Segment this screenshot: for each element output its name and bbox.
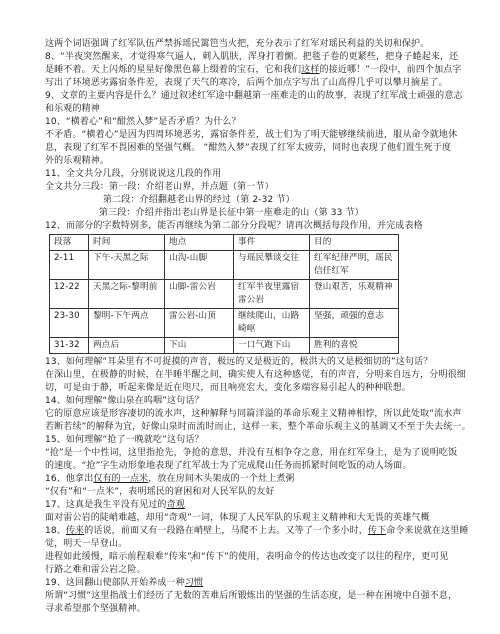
header-cell: 目的: [310, 235, 399, 251]
question-11: 11、全文共分几段，分别说说这几段的作用: [45, 168, 465, 181]
question-14: 14、如何理解“像山泉在呜咽”这句话？: [45, 395, 465, 408]
answer-14-cont: 若断若续”的解释为宜，好像山泉时而流时而止，这样一来，整个革命乐观主义的基调又不…: [45, 421, 465, 434]
header-cell: 事件: [234, 235, 310, 251]
table-cell: 山沟-山脚: [165, 251, 234, 280]
page-number: 7: [190, 556, 194, 564]
question-18-cont: 觉，明天一早登山。: [45, 538, 465, 551]
underlined-phrase: 传来: [66, 526, 84, 536]
underlined-phrase: 这样: [301, 65, 319, 75]
table-cell: 胜利的喜悦: [310, 338, 399, 354]
answer-11: 全文共分三段：第一段：介绍老山界，并点题（第一节）: [45, 181, 465, 194]
answer-10-cont: 息，表现了红军不畏困难的坚强气概。 “酣然入梦”表现了红军太疲劳，同时也表现了他…: [45, 142, 465, 155]
text-line: 这两个词语强调了红军队伍严禁拆瑶民篱笆当火把，充分表示了红军对瑶民利益的关切和保…: [45, 38, 465, 51]
text-span: 的话说，前面又有一段路在峭壁上，马爬不上去。又等了一个多小时，: [84, 526, 368, 536]
answer-8: 写出了环境恶劣露宿条件差，表现了天气的寒冷，后两个加点字写出了山高得几乎可以攀月…: [45, 77, 465, 90]
text-span: 19、这回翻山使部队开始养成一种: [45, 578, 185, 588]
table-cell: 红军纪律严明，瑶民信任红军: [310, 251, 399, 280]
answer-18: 进程如此缓慢，暗示前程艰难“传来”和“传下”的使用，表明命令的传达也改变了以往的…: [45, 551, 465, 564]
text-span: 的接近哪！”一段中，前四个加点字: [320, 65, 462, 75]
text-span: 命令来说就在这里睡: [386, 526, 468, 536]
question-17: 17、这真是我生平没有见过的奇观: [45, 499, 465, 512]
answer-15-cont: 的速度。“抢”字生动形象地表现了红军战士为了完成爬山任务而抓紧时间吃饭的动人场面…: [45, 460, 465, 473]
table-cell: 23-30: [50, 309, 89, 338]
text-line: 是睡不着。天上闪烁的星星好像黑色幕上缀着的宝石，它和我们这样的接近哪！”一段中，…: [45, 64, 465, 77]
table-cell: 一口气跑下山: [234, 338, 310, 354]
table-cell: 雷公岩-山顶: [165, 309, 234, 338]
table-cell: 31-32: [50, 338, 89, 354]
answer-9: 和乐观的精神: [45, 103, 465, 116]
answer-11-section-3: 第三段：介绍并指出老山界是长征中第一座难走的山（第 33 节）: [45, 207, 465, 220]
question-19: 19、这回翻山使部队开始养成一种习惯: [45, 577, 465, 590]
answer-13: 在深山里，在极静的时候，在半睡半醒之间，确实使人有这种感觉，有的声音，分明来自远…: [45, 369, 465, 382]
text-span: 17、这真是我生平没有见过的: [45, 500, 167, 510]
table-cell: 继续爬山，山路崎岖: [234, 309, 310, 338]
question-16: 16、他拿出仅有的一点米，放在房间木头架成的一个灶上煮粥: [45, 473, 465, 486]
question-10: 10、“横着心”和“酣然入梦”是否矛盾？为什么？: [45, 116, 465, 129]
table-cell: 天黑之际-黎明前: [89, 280, 165, 309]
table-cell: 红军半夜里露宿雷公岩: [234, 280, 310, 309]
question-15: 15、如何理解“抢了一晚就吃”这句话？: [45, 434, 465, 447]
question-13: 13、如何理解“耳朵里有不可捉摸的声音，极远的又是极近的，极洪大的又是极细切的”…: [45, 356, 465, 369]
answer-11-section-2: 第二段：介绍翻越老山界的经过（第 2-32 节）: [45, 194, 465, 207]
text-span: 是睡不着。天上闪烁的星星好像黑色幕上缀着的宝石，它和我们: [45, 65, 301, 75]
answer-18-cont: 行路之难和雷公岩之险。: [45, 564, 465, 577]
underlined-phrase: 仅有的: [93, 474, 120, 484]
table-cell: 下午-天黑之际: [89, 251, 165, 280]
table-cell: 12-22: [50, 280, 89, 309]
text-span: 16、他拿出: [45, 474, 93, 484]
underlined-phrase: 习惯: [185, 578, 203, 588]
segment-table: 段落 时间 地点 事件 目的 2-11 下午-天黑之际 山沟-山脚 与瑶民攀谈交…: [49, 234, 399, 354]
answer-10-end: 外的乐观精神。: [45, 155, 465, 168]
underlined-phrase: 奇观: [167, 500, 185, 510]
table-row: 2-11 下午-天黑之际 山沟-山脚 与瑶民攀谈交往 红军纪律严明，瑶民信任红军: [50, 251, 399, 280]
document-page: 这两个词语强调了红军队伍严禁拆瑶民篱笆当火把，充分表示了红军对瑶民利益的关切和保…: [45, 38, 465, 616]
header-cell: 段落: [50, 235, 89, 251]
table-row: 23-30 黎明-下午两点 雷公岩-山顶 继续爬山，山路崎岖 坚强，顽强的意志: [50, 309, 399, 338]
answer-14: 它的原意应该是形容凄切的流水声，这种解释与同篇洋溢的革命乐观主义精神相悖，所以此…: [45, 408, 465, 421]
answer-15: “抢”是一个中性词，这里指抢先，争抢的意思，并没有互相争夺之意，用在红军身上，是…: [45, 447, 465, 460]
underlined-phrase: 传下: [368, 526, 386, 536]
table-cell: 坚强，顽强的意志: [310, 309, 399, 338]
table-cell: 登山艰苦，乐观精神: [310, 280, 399, 309]
answer-19: 所谓“习惯”这里指战士们经历了无数的苦难后所锻炼出的坚强的生活态度，是一种在困境…: [45, 590, 465, 603]
text-span: 18、: [45, 526, 66, 536]
header-cell: 地点: [165, 235, 234, 251]
table-row: 31-32 两点后 下山 一口气跑下山 胜利的喜悦: [50, 338, 399, 354]
question-8: 8、“半夜突然醒来，才觉得寒气逼人，刺入肌肤，浑身打着颤。把毯子卷的更紧些，把身…: [45, 51, 465, 64]
answer-10: 不矛盾。“横着心”是因为四周环境恶劣，露宿条件差，战士们为了明天能够继续前进，服…: [45, 129, 465, 142]
table-cell: 下山: [165, 338, 234, 354]
question-12: 12、而部分的字数特别多，能否再继续为第二部分分段呢？请再次概括每段作用，并完成…: [45, 220, 465, 233]
answer-13-cont: 切，可是由于静，听起来像是近在咫尺，而且响亮宏大，变化多端容易引起人的种种联想。: [45, 382, 465, 395]
table-cell: 2-11: [50, 251, 89, 280]
table-row: 12-22 天黑之际-黎明前 山脚-雷公岩 红军半夜里露宿雷公岩 登山艰苦，乐观…: [50, 280, 399, 309]
table-cell: 山脚-雷公岩: [165, 280, 234, 309]
header-cell: 时间: [89, 235, 165, 251]
text-span: ，放在房间木头架成的一个灶上煮粥: [148, 474, 294, 484]
question-9: 9、文章的主要内容是什么？通过叙述红军途中翻越第一座难走的山的故事，表现了红军战…: [45, 90, 465, 103]
answer-19-cont: 寻求希望那个坚强精神。: [45, 603, 465, 616]
underlined-phrase: 一点米: [121, 474, 148, 484]
answer-16: “仅有”和“一点米”，表明瑶民的窘困和对人民军队的友好: [45, 486, 465, 499]
table-cell: 与瑶民攀谈交往: [234, 251, 310, 280]
answer-17: 面对雷公岩的陡峭难越，却用“奇观”一词，体现了人民军队的乐观主义精神和大无畏的英…: [45, 512, 465, 525]
question-18: 18、传来的话说，前面又有一段路在峭壁上，马爬不上去。又等了一个多小时，传下命令…: [45, 525, 465, 538]
table-cell: 两点后: [89, 338, 165, 354]
table-header-row: 段落 时间 地点 事件 目的: [50, 235, 399, 251]
table-cell: 黎明-下午两点: [89, 309, 165, 338]
